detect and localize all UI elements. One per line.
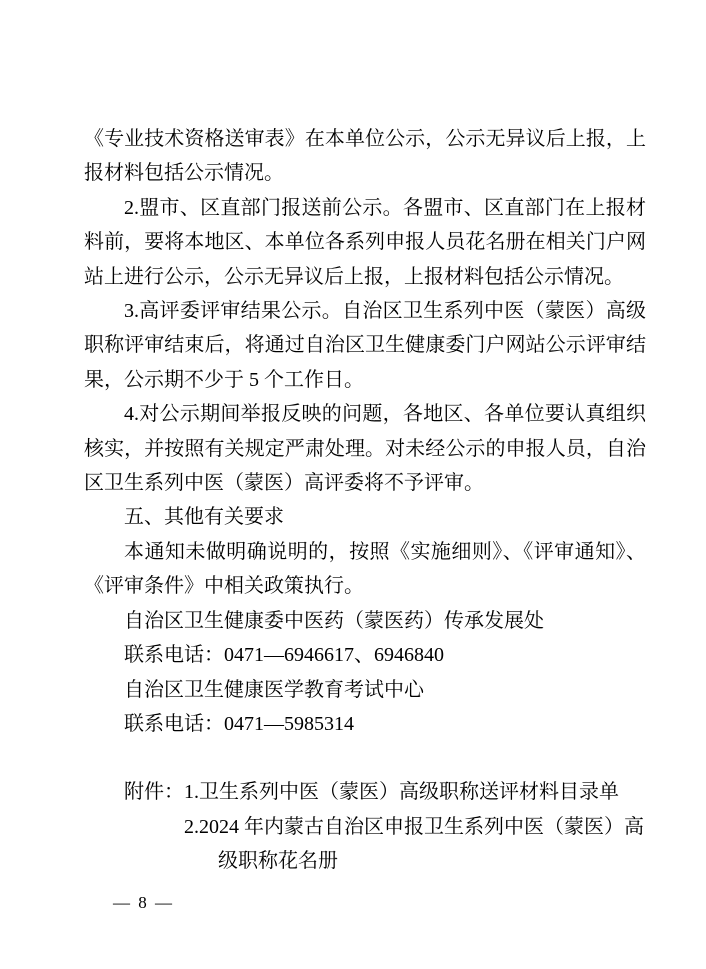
document-page: 《专业技术资格送审表》在本单位公示，公示无异议后上报，上报材料包括公示情况。2.… <box>0 0 706 969</box>
paragraph: 联系电话：0471—6946617、6946840 <box>84 638 646 672</box>
paragraph: 自治区卫生健康医学教育考试中心 <box>84 673 646 707</box>
paragraph: 本通知未做明确说明的，按照《实施细则》、《评审通知》、《评审条件》中相关政策执行… <box>84 535 646 604</box>
paragraph: 2.盟市、区直部门报送前公示。各盟市、区直部门在上报材料前，要将本地区、本单位各… <box>84 191 646 294</box>
attachment-label: 附件： <box>124 775 184 878</box>
attachment-items: 1.卫生系列中医（蒙医）高级职称送评材料目录单2.2024 年内蒙古自治区申报卫… <box>184 775 646 878</box>
paragraph: 4.对公示期间举报反映的问题，各地区、各单位要认真组织核实，并按照有关规定严肃处… <box>84 397 646 500</box>
paragraph: 《专业技术资格送审表》在本单位公示，公示无异议后上报，上报材料包括公示情况。 <box>84 122 646 191</box>
document-body: 《专业技术资格送审表》在本单位公示，公示无异议后上报，上报材料包括公示情况。2.… <box>84 122 646 879</box>
page-number: — 8 — <box>113 893 174 913</box>
attachment-item: 2.2024 年内蒙古自治区申报卫生系列中医（蒙医）高级职称花名册 <box>184 810 646 879</box>
paragraph: 自治区卫生健康委中医药（蒙医药）传承发展处 <box>84 604 646 638</box>
paragraph: 联系电话：0471—5985314 <box>84 707 646 741</box>
attachment-block: 附件： 1.卫生系列中医（蒙医）高级职称送评材料目录单2.2024 年内蒙古自治… <box>84 775 646 878</box>
attachment-item: 1.卫生系列中医（蒙医）高级职称送评材料目录单 <box>184 775 646 809</box>
paragraph: 五、其他有关要求 <box>84 500 646 534</box>
paragraph: 3.高评委评审结果公示。自治区卫生系列中医（蒙医）高级职称评审结束后，将通过自治… <box>84 294 646 397</box>
paragraph-container: 《专业技术资格送审表》在本单位公示，公示无异议后上报，上报材料包括公示情况。2.… <box>84 122 646 741</box>
